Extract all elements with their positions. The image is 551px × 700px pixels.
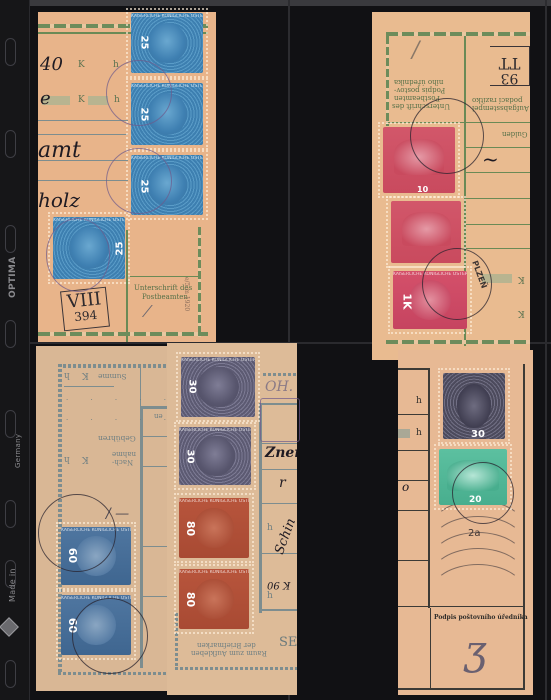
shaded-field	[398, 429, 410, 438]
edge-letters: SE	[279, 635, 297, 650]
handwriting-amount: 40	[40, 54, 63, 75]
form-line	[398, 414, 428, 415]
form-line	[398, 368, 430, 370]
form-line	[466, 198, 530, 199]
form-line	[262, 443, 297, 444]
row-label: Gulden	[502, 130, 527, 138]
rectangular-cancel	[260, 398, 300, 442]
form-line	[466, 172, 530, 173]
h-label: h	[416, 396, 422, 406]
form-line	[262, 469, 297, 470]
signature-label: Podpis postov-	[394, 86, 445, 94]
h-label: h	[64, 454, 70, 464]
pocket-divider	[545, 0, 547, 700]
signature-label: ního úředníka	[394, 78, 443, 86]
form-line	[143, 436, 168, 437]
postmark	[106, 60, 172, 126]
handwriting-addressee: amt	[38, 138, 81, 163]
form-line	[143, 596, 168, 597]
handwriting-amount: e	[40, 88, 51, 109]
card-border	[58, 364, 168, 368]
stamp-label: Aufgabsstempel	[472, 104, 529, 112]
album-page: OPTIMA Made in Germany K h 40 K h e amt …	[0, 0, 551, 700]
postmark-text: 2a	[468, 528, 481, 539]
row-label-summe: Summe	[98, 372, 127, 381]
form-line	[466, 248, 530, 249]
h-label: h	[64, 370, 70, 380]
wavy-cancel-line	[430, 564, 526, 624]
form-line	[398, 450, 428, 451]
card-border	[263, 373, 297, 376]
postmark	[72, 598, 148, 674]
diamond-logo-icon	[0, 617, 19, 637]
k-label: K	[518, 274, 525, 284]
pencil-mark: /	[412, 38, 419, 63]
form-line	[140, 406, 168, 409]
stamp-label: podací razítko	[472, 96, 522, 104]
k-label: K	[78, 95, 85, 105]
form-line	[38, 120, 128, 121]
form-line	[64, 386, 114, 387]
form-line	[430, 608, 431, 690]
card-border	[386, 36, 389, 126]
handwriting: Zner	[265, 445, 297, 461]
handwriting-amount: K 90	[267, 579, 290, 590]
footer-label: Raum zum Aufkleben	[191, 649, 267, 657]
punch-hole	[5, 660, 16, 688]
handwriting-signature: Schin	[272, 517, 297, 557]
registration-box: VIII 394	[60, 287, 110, 332]
handwriting: r	[279, 475, 286, 491]
punch-hole	[5, 500, 16, 528]
stamp-30h-gray: KAISERLICHE KÖNIGLICHE ÖSTERREICHISCHE P…	[174, 422, 256, 490]
row-label-nachnahme: nahme	[112, 450, 136, 458]
form-line	[398, 560, 428, 561]
brand-label: OPTIMA	[8, 257, 18, 298]
postmark	[452, 462, 514, 524]
made-in-label: Made in	[8, 568, 17, 602]
card-border	[38, 332, 208, 336]
registration-box: 93 TT	[490, 46, 530, 86]
card-border	[175, 667, 297, 670]
punch-hole	[5, 320, 16, 348]
pencil-note: OH.	[265, 379, 293, 395]
row-label-nachnahme: Nach-	[112, 458, 133, 466]
registration-number: 93	[490, 71, 529, 85]
signature-scribble: ʒ	[464, 628, 487, 674]
postmark	[46, 218, 110, 292]
punch-hole	[5, 225, 16, 253]
k-label: K	[78, 60, 85, 70]
k-label: K	[518, 308, 525, 318]
h-label: h	[267, 591, 273, 601]
country-label: Germany	[14, 434, 22, 468]
stamp-30h-gray: KAISERLICHE KÖNIGLICHE ÖSTERREICHISCHE P…	[176, 352, 260, 422]
signature-label: Postbeamten	[142, 293, 188, 301]
form-line	[398, 688, 525, 690]
form-line	[262, 609, 297, 611]
stamp-80h-arms: KAISERLICHE KÖNIGLICHE ÖSTERREICHISCHE P…	[174, 493, 254, 563]
form-line	[466, 224, 530, 225]
row-label: en	[154, 412, 163, 420]
postmark	[38, 494, 116, 572]
form-line	[398, 510, 428, 511]
stamp-30h-gray: 30	[438, 368, 510, 444]
h-label: h	[416, 428, 422, 438]
signature-scribble: ⁄	[146, 302, 149, 321]
stamp-80h-arms: KAISERLICHE KÖNIGLICHE ÖSTERREICHISCHE P…	[174, 564, 254, 634]
handwriting: o	[402, 480, 409, 494]
form-line	[143, 546, 168, 547]
handwriting: ~	[482, 147, 499, 171]
card-border	[386, 32, 530, 36]
form-line	[143, 466, 168, 467]
binder-strip: OPTIMA Made in Germany	[0, 0, 30, 700]
pencil-note: e/5 m 1920	[183, 277, 190, 311]
punch-hole	[5, 130, 16, 158]
card-border	[198, 227, 201, 337]
punch-hole	[5, 38, 16, 66]
form-line	[262, 503, 297, 504]
shaded-field	[88, 96, 108, 105]
form-line	[38, 134, 128, 135]
row-label-gebuehren: Gebühren	[98, 434, 136, 443]
postmark	[410, 98, 484, 174]
card-border	[386, 340, 530, 344]
album-top-edge	[0, 0, 551, 6]
footer-label: der Briefmarken	[197, 641, 256, 649]
k-label: K	[82, 370, 89, 380]
registration-letters: TT	[490, 55, 529, 71]
postmark	[106, 148, 172, 214]
handwriting-place: holz	[38, 188, 80, 212]
dotted-row: · · · · ·	[66, 396, 168, 404]
k-label: K	[82, 454, 89, 464]
h-label: h	[267, 523, 273, 533]
